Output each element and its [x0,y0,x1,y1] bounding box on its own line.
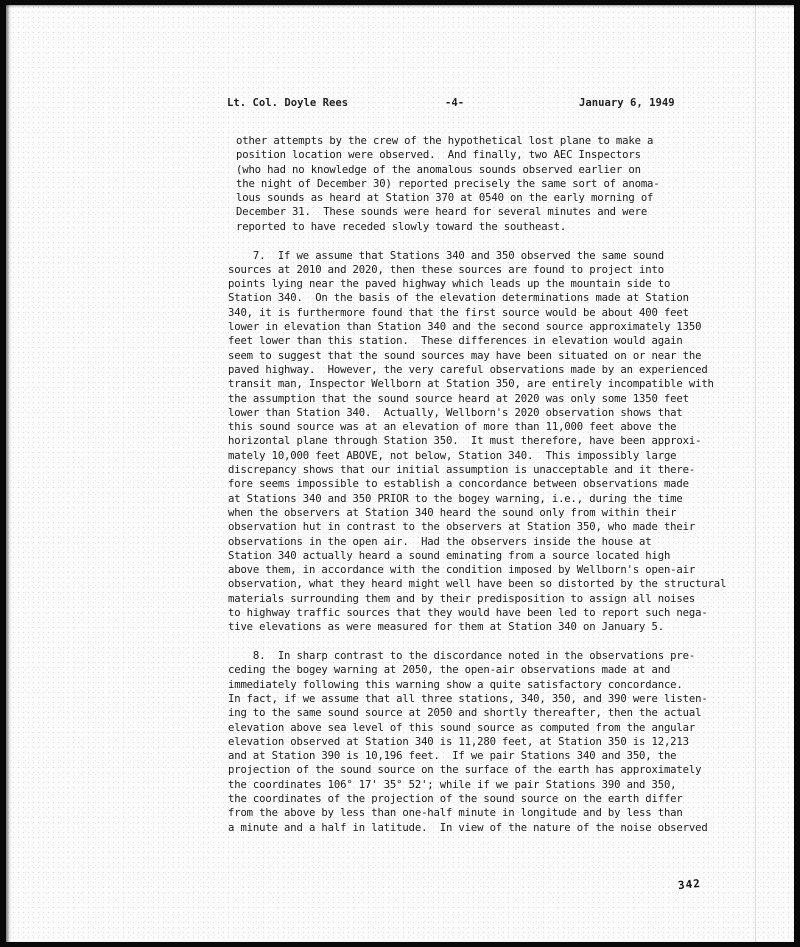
text-line: elevation observed at Station 340 is 11,… [228,735,756,749]
text-line: above them, in accordance with the condi… [228,563,756,577]
text-line: Station 340. On the basis of the elevati… [228,291,756,305]
text-line: and at Station 390 is 10,196 feet. If we… [228,749,756,763]
text-line: materials surrounding them and by their … [228,592,756,606]
header-page-number: -4- [445,97,464,109]
text-line: a minute and a half in latitude. In view… [228,821,756,835]
text-line: when the observers at Station 340 heard … [228,506,756,520]
text-line: other attempts by the crew of the hypoth… [236,134,756,148]
text-line: this sound source was at an elevation of… [228,420,756,434]
text-line: tive elevations as were measured for the… [228,620,756,634]
text-line: transit man, Inspector Wellborn at Stati… [228,377,756,391]
text-line: projection of the sound source on the su… [228,763,756,777]
header-date: January 6, 1949 [579,97,675,109]
text-line: elevation above sea level of this sound … [228,721,756,735]
text-line: lous sounds as heard at Station 370 at 0… [236,191,756,205]
header-addressee: Lt. Col. Doyle Rees [227,97,348,109]
text-line: sources at 2010 and 2020, then these sou… [228,263,756,277]
text-line: seem to suggest that the sound sources m… [228,349,756,363]
text-line: the assumption that the sound source hea… [228,392,756,406]
text-line: at Stations 340 and 350 PRIOR to the bog… [228,492,756,506]
text-line: 340, it is furthermore found that the fi… [228,306,756,320]
text-line: ing to the same sound source at 2050 and… [228,706,756,720]
paragraph-8: 8. In sharp contrast to the discordance … [228,649,756,835]
text-line: the coordinates of the projection of the… [228,792,756,806]
text-line: the coordinates 106° 17' 35° 52'; while … [228,778,756,792]
paragraph-gap [236,234,756,249]
document-body: other attempts by the crew of the hypoth… [236,134,756,835]
text-line: discrepancy shows that our initial assum… [228,463,756,477]
text-line: to highway traffic sources that they wou… [228,606,756,620]
text-line: In fact, if we assume that all three sta… [228,692,756,706]
text-line: (who had no knowledge of the anomalous s… [236,163,756,177]
text-line: observations in the open air. Had the ob… [228,535,756,549]
paragraph-gap [236,635,756,650]
page-header: Lt. Col. Doyle Rees -4- January 6, 1949 [227,97,747,115]
text-line: observation, what they heard might well … [228,577,756,591]
text-line: horizontal plane through Station 350. It… [228,434,756,448]
text-line: reported to have receded slowly toward t… [236,220,756,234]
text-line: immediately following this warning show … [228,678,756,692]
text-line: feet lower than this station. These diff… [228,334,756,348]
text-line: the night of December 30) reported preci… [236,177,756,191]
text-line: fore seems impossible to establish a con… [228,477,756,491]
text-line: 8. In sharp contrast to the discordance … [228,649,756,663]
text-line: ceding the bogey warning at 2050, the op… [228,663,756,677]
paragraph-7: 7. If we assume that Stations 340 and 35… [228,249,756,635]
text-line: 7. If we assume that Stations 340 and 35… [228,249,756,263]
text-line: points lying near the paved highway whic… [228,277,756,291]
paragraph-continuation: other attempts by the crew of the hypoth… [236,134,756,234]
text-line: Station 340 actually heard a sound emina… [228,549,756,563]
text-line: lower than Station 340. Actually, Wellbo… [228,406,756,420]
page-stamp: 342 [677,877,701,892]
text-line: observation hut in contrast to the obser… [228,520,756,534]
text-line: position location were observed. And fin… [236,148,756,162]
text-line: lower in elevation than Station 340 and … [228,320,756,334]
text-line: December 31. These sounds were heard for… [236,205,756,219]
text-line: mately 10,000 feet ABOVE, not below, Sta… [228,449,756,463]
text-line: paved highway. However, the very careful… [228,363,756,377]
text-line: from the above by less than one-half min… [228,806,756,820]
